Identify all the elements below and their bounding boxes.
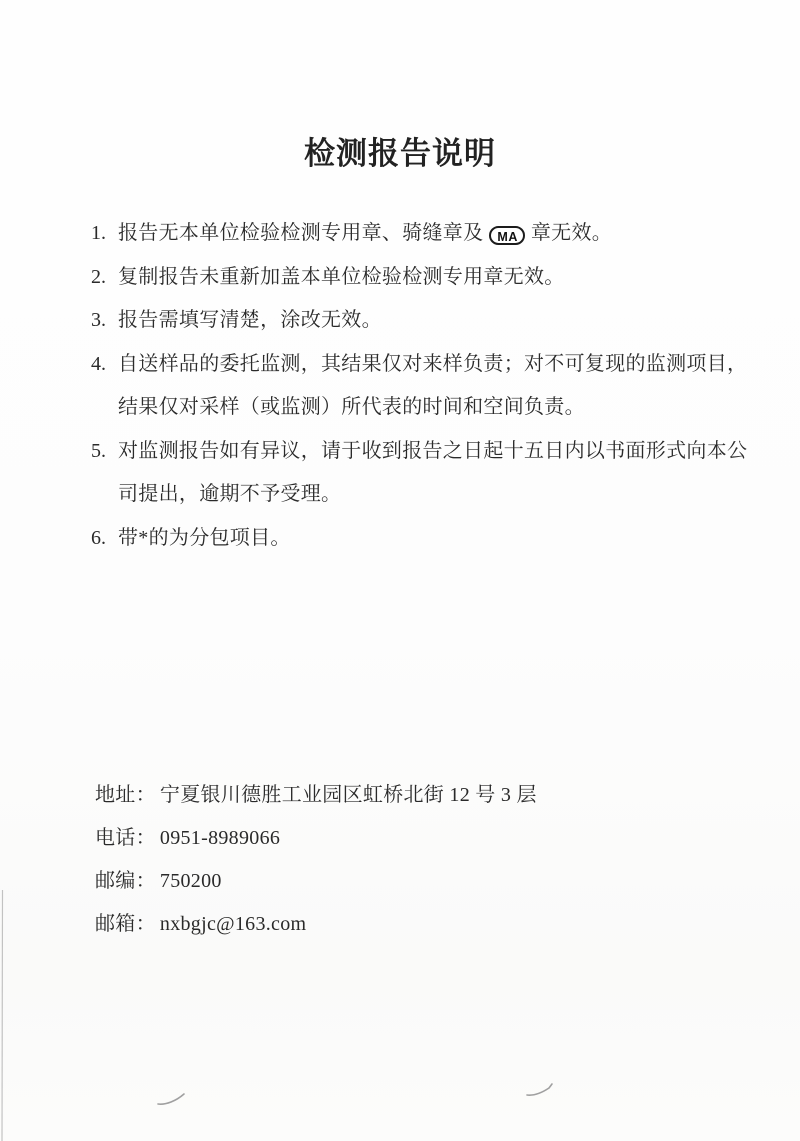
contact-row-address: 地址：宁夏银川德胜工业园区虹桥北街 12 号 3 层 [95,774,537,817]
item-number: 3. [91,299,106,343]
contact-row-email: 邮箱：nxbgjc@163.com [95,903,537,946]
list-item-3: 3. 报告需填写清楚，涂改无效。 [91,299,751,343]
scan-mark-right [527,1084,552,1095]
item-number: 5. [91,430,106,474]
list-item-2: 2. 复制报告未重新加盖本单位检验检测专用章无效。 [91,256,751,300]
cma-ma-letters: MA [497,230,517,244]
item-text: 带*的为分包项目。 [118,527,291,549]
notes-list: 1. 报告无本单位检验检测专用章、骑缝章及MA章无效。 2. 复制报告未重新加盖… [91,212,751,560]
item-number: 6. [91,517,106,561]
item-text: 复制报告未重新加盖本单位检验检测专用章无效。 [118,266,565,288]
contact-row-phone: 电话：0951-8989066 [95,817,537,860]
page-title: 检测报告说明 [0,128,800,173]
contact-value: nxbgjc@163.com [160,913,307,935]
scanned-document-page: 检测报告说明 1. 报告无本单位检验检测专用章、骑缝章及MA章无效。 2. 复制… [0,0,800,1141]
scan-edge-line [2,890,3,1141]
contact-value: 750200 [160,870,222,892]
cma-certification-mark-icon: MA [489,226,524,245]
list-item-1: 1. 报告无本单位检验检测专用章、骑缝章及MA章无效。 [91,212,751,256]
contact-label: 邮编： [95,870,156,892]
list-item-5: 5. 对监测报告如有异议，请于收到报告之日起十五日内以书面形式向本公 司提出，逾… [91,430,751,517]
contact-block: 地址：宁夏银川德胜工业园区虹桥北街 12 号 3 层 电话：0951-89890… [95,774,537,946]
item-number: 4. [91,343,106,387]
contact-value: 宁夏银川德胜工业园区虹桥北街 12 号 3 层 [160,784,537,806]
item-text: 对监测报告如有异议，请于收到报告之日起十五日内以书面形式向本公 司提出，逾期不予… [118,440,747,506]
contact-label: 电话： [95,827,156,849]
item-number: 2. [91,256,106,300]
item-text: 报告需填写清楚，涂改无效。 [118,309,382,331]
list-item-6: 6. 带*的为分包项目。 [91,517,751,561]
item-text: 报告无本单位检验检测专用章、骑缝章及MA章无效。 [118,222,612,244]
item-text-after: 章无效。 [531,222,612,244]
item-number: 1. [91,212,106,256]
contact-label: 地址： [95,784,156,806]
contact-value: 0951-8989066 [160,827,280,849]
item-text: 自送样品的委托监测，其结果仅对来样负责；对不可复现的监测项目， 结果仅对采样（或… [118,353,747,419]
list-item-4: 4. 自送样品的委托监测，其结果仅对来样负责；对不可复现的监测项目， 结果仅对采… [91,343,751,430]
scan-mark-left [158,1094,184,1104]
contact-label: 邮箱： [95,913,156,935]
item-text-before: 报告无本单位检验检测专用章、骑缝章及 [118,222,483,244]
contact-row-postcode: 邮编：750200 [95,860,537,903]
